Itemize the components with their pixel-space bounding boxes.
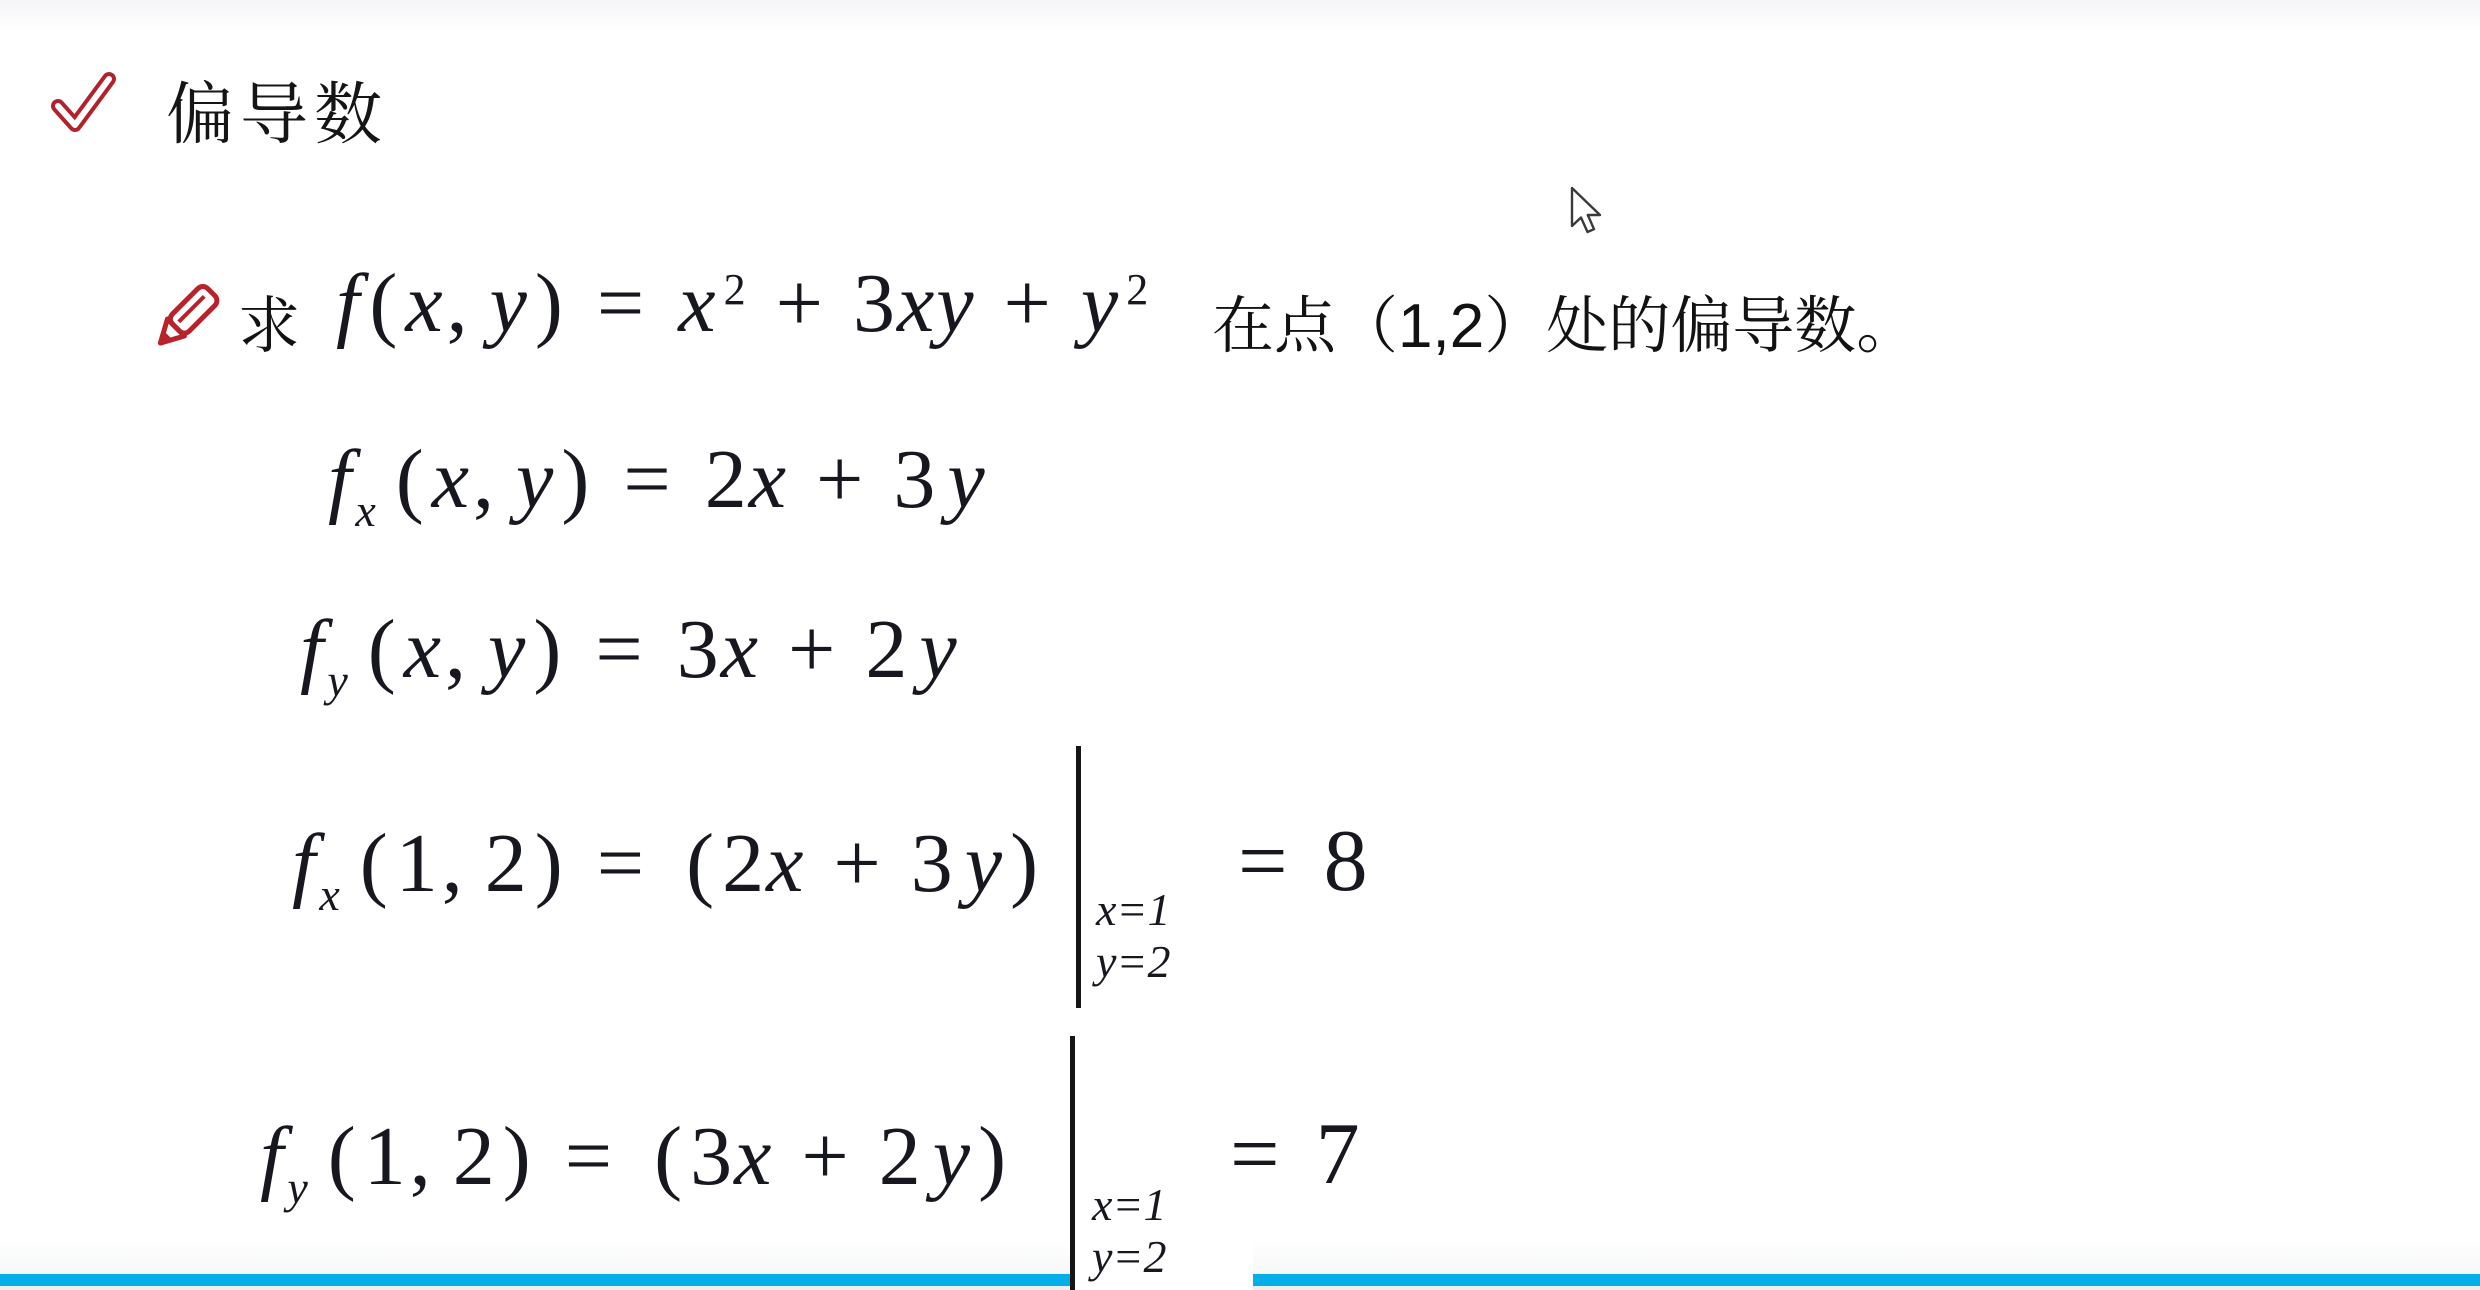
top-gradient-band [0,0,2480,30]
tok-arg1: x [432,433,471,526]
tok-plus: + [788,603,837,696]
tok-sub-y: y [287,1162,309,1213]
tok-var: x [749,433,788,526]
problem-prefix: 求 [238,288,300,366]
tok-arg2: y [490,257,529,350]
tok-equals: = [623,433,672,526]
tok-sub-y: y [327,655,349,706]
tok-arg1: x [405,257,444,350]
result-fx: =8 [1238,806,1370,918]
equation-fx-evaluated: fx(1,2)=(2x+3y) [292,808,1040,920]
evaluation-bar [1076,746,1081,1008]
tok-rparen: ) [535,817,565,910]
condition-y: y=2 [1096,936,1170,988]
tok-plus: + [801,1110,850,1203]
equation-fx-general: fx(x,y)=2x+3y [328,424,987,536]
tok-lparen: ( [328,1110,358,1203]
tok-var: x [766,817,805,910]
slide-page: 偏导数 求 f(x,y)=x2+3xy+y2 在点（1,2）处的偏导数。 fx(… [0,0,2480,1290]
tok-rparen: ) [503,1110,533,1203]
tok-coef: 2 [865,603,909,696]
tok-arg1: 1 [396,817,440,910]
tok-coef: 2 [879,1110,923,1203]
tok-coef: 3 [690,1110,734,1203]
tok-equals: = [1238,813,1290,910]
page-title: 偏导数 [166,70,388,160]
problem-suffix: 在点（1,2）处的偏导数。 [1212,288,1918,366]
tok-f: f [292,817,317,910]
tok-var: y [965,817,1004,910]
tok-coef: 2 [722,817,766,910]
condition-y: y=2 [1092,1231,1166,1283]
tok-var: y [933,1110,972,1203]
result-fy: =7 [1230,1099,1362,1211]
tok-comma: , [442,817,465,910]
tok-coef: 3 [893,433,937,526]
tok-plus2: + [1004,257,1053,350]
tok-rparen: ) [535,257,565,350]
condition-x: x=1 [1096,884,1170,936]
tok-equals: = [597,257,646,350]
tok-arg2: y [488,603,527,696]
tok-var: y [919,603,958,696]
tok-comma: , [410,1110,433,1203]
tok-var: x [734,1110,773,1203]
tok-equals: = [565,1110,614,1203]
tok-sub-x: x [319,869,341,920]
tok-fname: f [336,257,361,350]
tok-f: f [328,433,353,526]
tok-plus: + [816,433,865,526]
tok-arg2: y [516,433,555,526]
tok-var: x [721,603,760,696]
tok-coef: 2 [705,433,749,526]
tok-var: y [947,433,986,526]
tok-comma: , [473,433,496,526]
evaluation-conditions: x=1 y=2 [1092,1179,1166,1283]
tok-comma: , [447,257,470,350]
result-value: 7 [1316,1106,1362,1203]
tok-arg1: x [404,603,443,696]
condition-x: x=1 [1092,1179,1166,1231]
tok-arg1: 1 [364,1110,408,1203]
evaluation-bar [1070,1036,1075,1290]
tok-coef3: 3 [853,257,897,350]
tok-equals: = [595,603,644,696]
tok-lparen: ( [360,817,390,910]
tok-y: y [1081,257,1120,350]
tok-x-squared: 2 [724,265,748,314]
problem-formula: f(x,y)=x2+3xy+y2 [336,248,1150,360]
tok-rparen: ) [561,433,591,526]
tok-f: f [300,603,325,696]
tok-lparen: ( [368,603,398,696]
tok-y-squared: 2 [1126,265,1150,314]
tok-equals: = [597,817,646,910]
tok-x: x [678,257,717,350]
tok-arg2: 2 [485,817,529,910]
pencil-icon [145,280,221,358]
tok-rparen2: ) [1010,817,1040,910]
tok-lparen2: ( [686,817,716,910]
tok-xy: xy [897,257,976,350]
tok-lparen: ( [396,433,426,526]
tok-arg2: 2 [453,1110,497,1203]
tok-plus: + [833,817,882,910]
equation-fy-evaluated: fy(1,2)=(3x+2y) [260,1101,1008,1213]
tok-rparen: ) [533,603,563,696]
tok-plus1: + [776,257,825,350]
tok-sub-x: x [355,485,377,536]
tok-rparen2: ) [978,1110,1008,1203]
result-value: 8 [1324,813,1370,910]
tok-lparen2: ( [654,1110,684,1203]
equation-fy-general: fy(x,y)=3x+2y [300,594,959,706]
tok-equals: = [1230,1106,1282,1203]
tok-f: f [260,1110,285,1203]
check-icon [48,70,118,136]
tok-coef: 3 [911,817,955,910]
mouse-cursor [1568,186,1608,242]
tok-coef: 3 [677,603,721,696]
tok-comma: , [445,603,468,696]
evaluation-conditions: x=1 y=2 [1096,884,1170,988]
tok-lparen: ( [369,257,399,350]
